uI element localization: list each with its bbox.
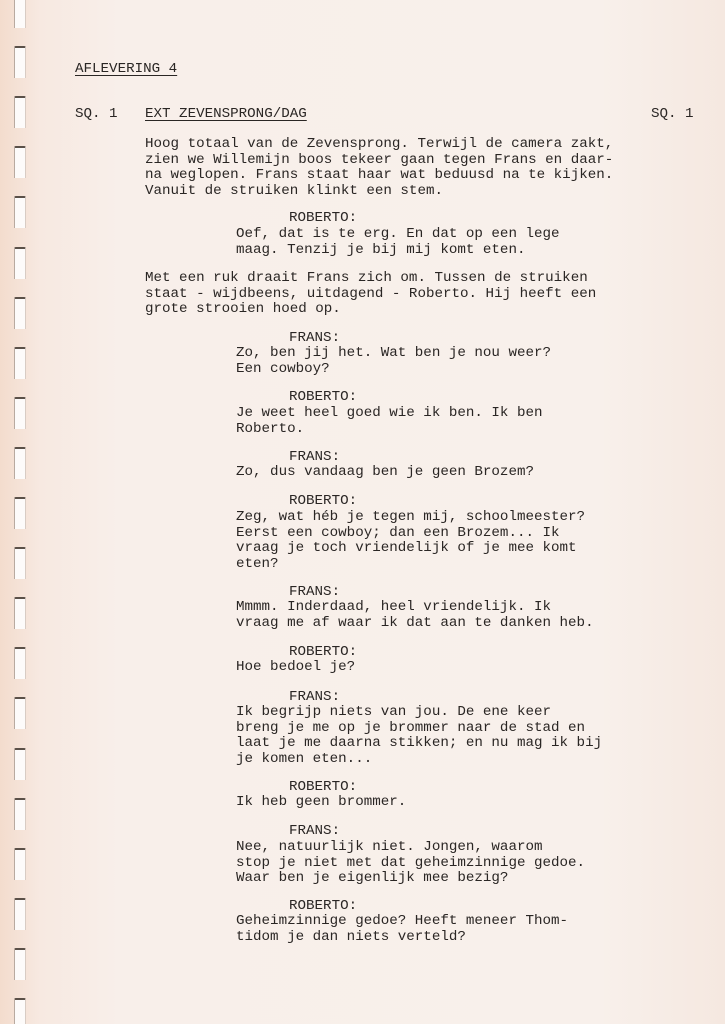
punched-hole-icon [14,998,26,1024]
episode-heading: AFLEVERING 4 [75,62,177,78]
punched-hole-icon [14,447,26,479]
scene-number-left: SQ. 1 [75,107,118,123]
punched-hole-icon [14,948,26,980]
script-page: AFLEVERING 4 SQ. 1 EXT ZEVENSPRONG/DAG S… [0,0,725,1024]
punched-hole-icon [14,96,26,128]
binding-holes [14,0,28,1024]
action-paragraph-1: Hoog totaal van de Zevensprong. Terwijl … [145,137,613,199]
punched-hole-icon [14,798,26,830]
punched-hole-icon [14,397,26,429]
dialogue-line: Zo, ben jij het. Wat ben je nou weer? Ee… [236,346,551,377]
character-name: ROBERTO: [289,494,357,510]
dialogue-line: Je weet heel goed wie ik ben. Ik ben Rob… [236,406,543,437]
punched-hole-icon [14,748,26,780]
punched-hole-icon [14,46,26,78]
punched-hole-icon [14,697,26,729]
character-name: ROBERTO: [289,211,357,227]
dialogue-line: Zo, dus vandaag ben je geen Brozem? [236,465,534,481]
punched-hole-icon [14,0,26,28]
dialogue-line: Nee, natuurlijk niet. Jongen, waarom sto… [236,840,585,887]
character-name: FRANS: [289,824,340,840]
dialogue-line: Geheimzinnige gedoe? Heeft meneer Thom- … [236,914,568,945]
dialogue-line: Zeg, wat héb je tegen mij, schoolmeester… [236,510,585,572]
punched-hole-icon [14,848,26,880]
dialogue-line: Hoe bedoel je? [236,660,355,676]
action-paragraph-2: Met een ruk draait Frans zich om. Tussen… [145,271,596,318]
punched-hole-icon [14,497,26,529]
character-name: ROBERTO: [289,390,357,406]
punched-hole-icon [14,547,26,579]
scene-number-right: SQ. 1 [651,107,694,123]
dialogue-line: Ik heb geen brommer. [236,795,406,811]
punched-hole-icon [14,347,26,379]
dialogue-line: Oef, dat is te erg. En dat op een lege m… [236,227,560,258]
punched-hole-icon [14,898,26,930]
punched-hole-icon [14,196,26,228]
punched-hole-icon [14,597,26,629]
dialogue-line: Mmmm. Inderdaad, heel vriendelijk. Ik vr… [236,600,594,631]
punched-hole-icon [14,146,26,178]
dialogue-line: Ik begrijp niets van jou. De ene keer br… [236,705,602,767]
punched-hole-icon [14,297,26,329]
punched-hole-icon [14,247,26,279]
scene-heading: EXT ZEVENSPRONG/DAG [145,107,307,123]
punched-hole-icon [14,647,26,679]
